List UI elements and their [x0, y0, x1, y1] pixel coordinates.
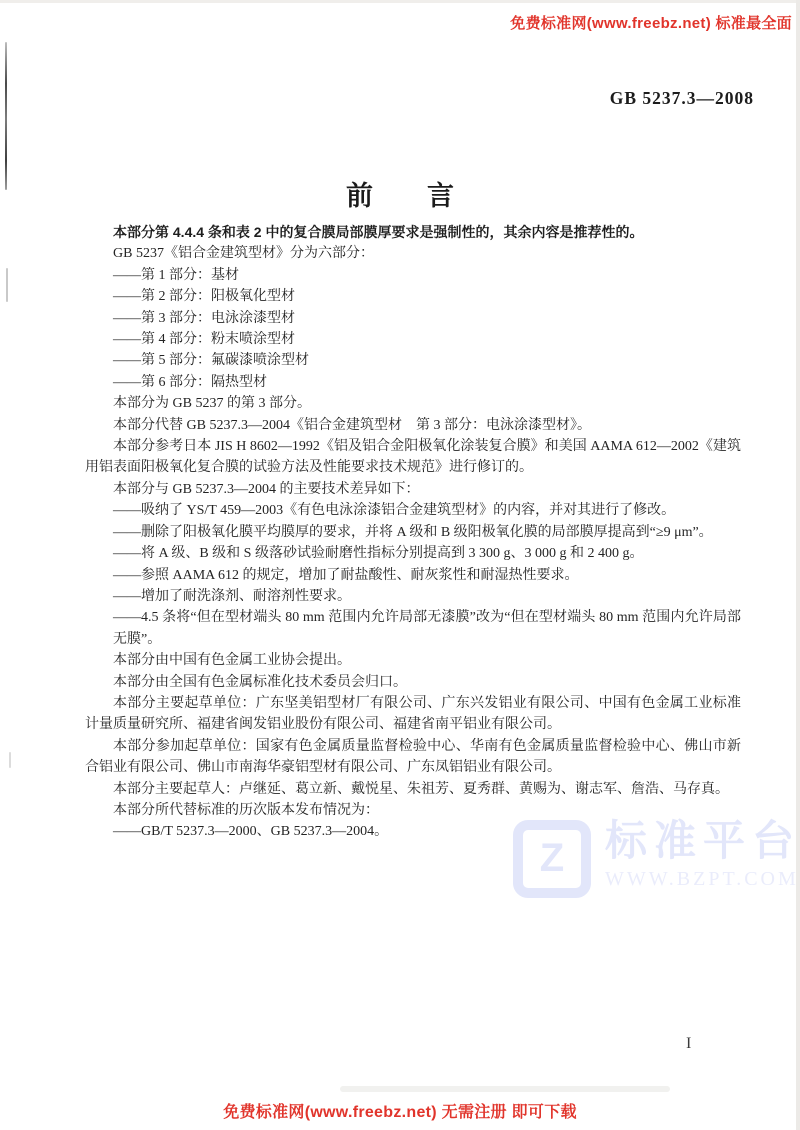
bzpt-watermark-url: WWW.BZPT.COM [605, 868, 800, 891]
paragraph: ——吸纳了 YS/T 459—2003《有色电泳涂漆铝合金建筑型材》的内容，并对… [85, 500, 741, 521]
paragraph: ——将 A 级、B 级和 S 级落砂试验耐磨性指标分别提高到 3 300 g、3… [85, 543, 741, 564]
paragraph: ——第 2 部分：阳极氧化型材 [85, 286, 741, 307]
foreword-body: 本部分第 4.4.4 条和表 2 中的复合膜局部膜厚要求是强制性的，其余内容是推… [85, 222, 741, 843]
paragraph: ——第 3 部分：电泳涂漆型材 [85, 308, 741, 329]
paragraph: 本部分代替 GB 5237.3—2004《铝合金建筑型材 第 3 部分：电泳涂漆… [85, 415, 741, 436]
paragraph: ——GB/T 5237.3—2000、GB 5237.3—2004。 [85, 821, 741, 842]
scan-edge [796, 0, 800, 1130]
paragraph: 本部分主要起草单位：广东坚美铝型材厂有限公司、广东兴发铝业有限公司、中国有色金属… [85, 693, 741, 736]
bzpt-logo-letter: Z [540, 838, 564, 878]
paragraph: 本部分参加起草单位：国家有色金属质量监督检验中心、华南有色金属质量监督检验中心、… [85, 736, 741, 779]
paragraph: ——4.5 条将“但在型材端头 80 mm 范围内允许局部无漆膜”改为“但在型材… [85, 607, 741, 650]
paragraph: ——第 1 部分：基材 [85, 265, 741, 286]
paragraph: 本部分由中国有色金属工业协会提出。 [85, 650, 741, 671]
top-site-banner: 免费标准网(www.freebz.net) 标准最全面 [510, 12, 792, 33]
standard-number: GB 5237.3—2008 [610, 88, 754, 109]
scan-artifact [340, 1086, 670, 1092]
paragraph: ——删除了阳极氧化膜平均膜厚的要求，并将 A 级和 B 级阳极氧化膜的局部膜厚提… [85, 522, 741, 543]
paragraph: ——第 5 部分：氟碳漆喷涂型材 [85, 350, 741, 371]
scan-artifact [5, 42, 7, 190]
paragraph: 本部分第 4.4.4 条和表 2 中的复合膜局部膜厚要求是强制性的，其余内容是推… [85, 222, 741, 243]
page-number: I [686, 1035, 691, 1053]
paragraph: 本部分参考日本 JIS H 8602—1992《铝及铝合金阳极氧化涂装复合膜》和… [85, 436, 741, 479]
paragraph: ——第 6 部分：隔热型材 [85, 372, 741, 393]
document-page: { "banner_top": { "text": "免费标准网(www.fre… [0, 0, 800, 1130]
scan-artifact [9, 752, 11, 768]
paragraph: 本部分所代替标准的历次版本发布情况为： [85, 800, 741, 821]
paragraph: 本部分与 GB 5237.3—2004 的主要技术差异如下： [85, 479, 741, 500]
paragraph: ——第 4 部分：粉末喷涂型材 [85, 329, 741, 350]
paragraph: GB 5237《铝合金建筑型材》分为六部分： [85, 243, 741, 264]
paragraph: ——参照 AAMA 612 的规定，增加了耐盐酸性、耐灰浆性和耐湿热性要求。 [85, 565, 741, 586]
scan-artifact [6, 268, 8, 302]
bottom-site-banner: 免费标准网(www.freebz.net) 无需注册 即可下载 [0, 1099, 800, 1122]
paragraph: 本部分主要起草人：卢继延、葛立新、戴悦星、朱祖芳、夏秀群、黄赐为、谢志军、詹浩、… [85, 779, 741, 800]
paragraph: 本部分为 GB 5237 的第 3 部分。 [85, 393, 741, 414]
page-title: 前 言 [0, 174, 800, 213]
paragraph: ——增加了耐洗涤剂、耐溶剂性要求。 [85, 586, 741, 607]
paragraph: 本部分由全国有色金属标准化技术委员会归口。 [85, 672, 741, 693]
scan-edge [0, 0, 800, 3]
